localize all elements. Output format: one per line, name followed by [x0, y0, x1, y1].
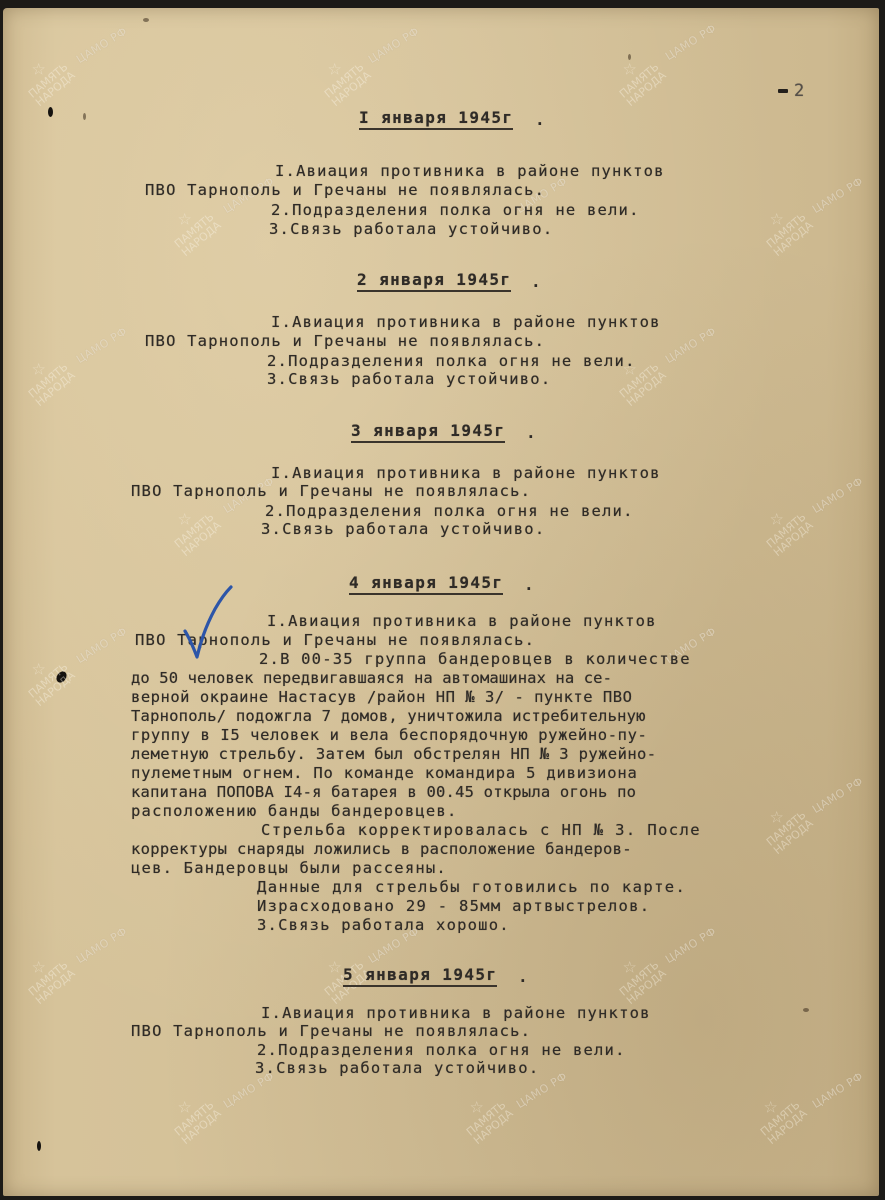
entry-line: ПВО Тарнополь и Гречаны не появлялась.: [131, 1022, 531, 1041]
punch-hole-top: [48, 107, 53, 117]
watermark-memory-of-people: ☆ПАМЯТЬНАРОДА: [163, 1088, 223, 1147]
entry-line: I.Авиация противника в районе пунктов: [271, 464, 661, 483]
watermark-archive: ЦАМО РФ: [810, 475, 866, 516]
watermark-memory-of-people: ☆ПАМЯТЬНАРОДА: [17, 50, 77, 109]
entry-line: 3.Связь работала устойчиво.: [269, 220, 553, 239]
watermark-archive: ЦАМО РФ: [663, 925, 719, 966]
entry-line: Стрельба корректировалась с НП № 3. Посл…: [261, 821, 701, 840]
entry-line: Данные для стрельбы готовились по карте.: [257, 878, 686, 897]
dash-mark: [778, 89, 788, 93]
watermark-memory-of-people: ☆ПАМЯТЬНАРОДА: [17, 350, 77, 409]
entry-line: корректуры снаряды ложились в расположен…: [131, 840, 632, 859]
watermark-archive: ЦАМО РФ: [366, 25, 422, 66]
star-icon: ☆: [753, 214, 800, 225]
heading-period: .: [531, 272, 541, 291]
entry-line: цев. Бандеровцы были рассеяны.: [131, 859, 447, 878]
watermark-memory-of-people: ☆ПАМЯТЬНАРОДА: [749, 1088, 809, 1147]
entry-line: 3.Связь работала устойчиво.: [267, 370, 551, 389]
blue-checkmark-annotation: [181, 583, 241, 663]
punch-hole-bottom: [37, 1141, 41, 1151]
paper-speck: [803, 1008, 809, 1012]
star-icon: ☆: [15, 962, 62, 973]
watermark-archive: ЦАМО РФ: [810, 775, 866, 816]
entry-line: Тарнополь/ подожгла 7 домов, уничтожила …: [131, 707, 646, 726]
watermark-memory-of-people: ☆ПАМЯТЬНАРОДА: [608, 50, 668, 109]
watermark-archive: ЦАМО РФ: [74, 625, 130, 666]
watermark-memory-of-people: ☆ПАМЯТЬНАРОДА: [163, 200, 223, 259]
watermark-memory-of-people: ☆ПАМЯТЬНАРОДА: [17, 948, 77, 1007]
entry-date-heading: 3 января 1945г: [351, 421, 505, 443]
star-icon: ☆: [161, 1102, 208, 1113]
star-icon: ☆: [15, 64, 62, 75]
watermark-archive: ЦАМО РФ: [810, 175, 866, 216]
entry-date-heading: 4 января 1945г: [349, 573, 503, 595]
entry-line: I.Авиация противника в районе пунктов: [261, 1004, 651, 1023]
star-icon: ☆: [747, 1102, 794, 1113]
entry-line: I.Авиация противника в районе пунктов: [271, 313, 661, 332]
entry-date-heading: 5 января 1945г: [343, 965, 497, 987]
entry-date-heading: I января 1945г: [359, 108, 513, 130]
heading-period: .: [535, 110, 545, 129]
archive-document-page: ЦАМО РФ ЦАМО РФ ЦАМО РФ ЦАМО РФ ЦАМО РФ …: [3, 8, 879, 1196]
star-icon: ☆: [15, 664, 62, 675]
page-number: 2: [778, 82, 805, 101]
entry-line: I.Авиация противника в районе пунктов: [267, 612, 657, 631]
entry-date-heading: 2 января 1945г: [357, 270, 511, 292]
watermark-archive: ЦАМО РФ: [74, 25, 130, 66]
heading-period: .: [524, 575, 534, 594]
watermark-memory-of-people: ☆ПАМЯТЬНАРОДА: [608, 948, 668, 1007]
punch-hole-middle: [54, 670, 68, 685]
entry-line: I.Авиация противника в районе пунктов: [275, 162, 665, 181]
watermark-memory-of-people: ☆ПАМЯТЬНАРОДА: [755, 798, 815, 857]
star-icon: ☆: [753, 514, 800, 525]
star-icon: ☆: [311, 64, 358, 75]
heading-period: .: [518, 967, 528, 986]
entry-line: расположению банды бандеровцев.: [131, 802, 458, 821]
entry-line: 3.Связь работала хорошо.: [257, 916, 510, 935]
entry-line: Израсходовано 29 - 85мм артвыстрелов.: [257, 897, 650, 916]
star-icon: ☆: [606, 962, 653, 973]
star-icon: ☆: [161, 214, 208, 225]
watermark-archive: ЦАМО РФ: [810, 1070, 866, 1111]
heading-period: .: [526, 423, 536, 442]
watermark-memory-of-people: ☆ПАМЯТЬНАРОДА: [163, 500, 223, 559]
entry-line: 2.Подразделения полка огня не вели.: [257, 1041, 626, 1060]
entry-line: леметную стрельбу. Затем был обстрелян Н…: [131, 745, 657, 764]
paper-speck: [628, 54, 631, 60]
entry-line: верной окраине Настасув /район НП № 3/ -…: [131, 688, 632, 707]
star-icon: ☆: [161, 514, 208, 525]
entry-line: 3.Связь работала устойчиво.: [261, 520, 545, 539]
entry-line: ПВО Тарнополь и Гречаны не появлялась.: [131, 482, 531, 501]
entry-line: группу в I5 человек и вела беспорядочную…: [131, 726, 647, 745]
entry-line: пулеметным огнем. По команде командира 5…: [131, 764, 638, 783]
watermark-archive: ЦАМО РФ: [74, 925, 130, 966]
entry-line: 2.Подразделения полка огня не вели.: [267, 352, 636, 371]
entry-line: 3.Связь работала устойчиво.: [255, 1059, 539, 1078]
star-icon: ☆: [753, 812, 800, 823]
watermark-memory-of-people: ☆ПАМЯТЬНАРОДА: [755, 200, 815, 259]
watermark-memory-of-people: ☆ПАМЯТЬНАРОДА: [313, 50, 373, 109]
star-icon: ☆: [606, 64, 653, 75]
watermark-memory-of-people: ☆ПАМЯТЬНАРОДА: [755, 500, 815, 559]
entry-line: ПВО Тарнополь и Гречаны не появлялась.: [145, 332, 545, 351]
watermark-archive: ЦАМО РФ: [74, 325, 130, 366]
star-icon: ☆: [15, 364, 62, 375]
watermark-memory-of-people: ☆ПАМЯТЬНАРОДА: [455, 1088, 515, 1147]
entry-line: капитана ПОПОВА I4-я батарея в 00.45 отк…: [131, 783, 636, 802]
entry-line: ПВО Тарнополь и Гречаны не появлялась.: [145, 181, 545, 200]
watermark-archive: ЦАМО РФ: [663, 22, 719, 63]
paper-speck: [143, 18, 149, 22]
entry-line: 2.Подразделения полка огня не вели.: [271, 201, 640, 220]
star-icon: ☆: [453, 1102, 500, 1113]
watermark-archive: ЦАМО РФ: [663, 325, 719, 366]
watermark-memory-of-people: ☆ПАМЯТЬНАРОДА: [17, 650, 77, 709]
paper-speck: [83, 113, 86, 120]
entry-line: 2.Подразделения полка огня не вели.: [265, 502, 634, 521]
entry-line: до 50 человек передвигавшаяся на автомаш…: [131, 669, 612, 688]
entry-line: 2.В 00-35 группа бандеровцев в количеств…: [259, 650, 691, 669]
